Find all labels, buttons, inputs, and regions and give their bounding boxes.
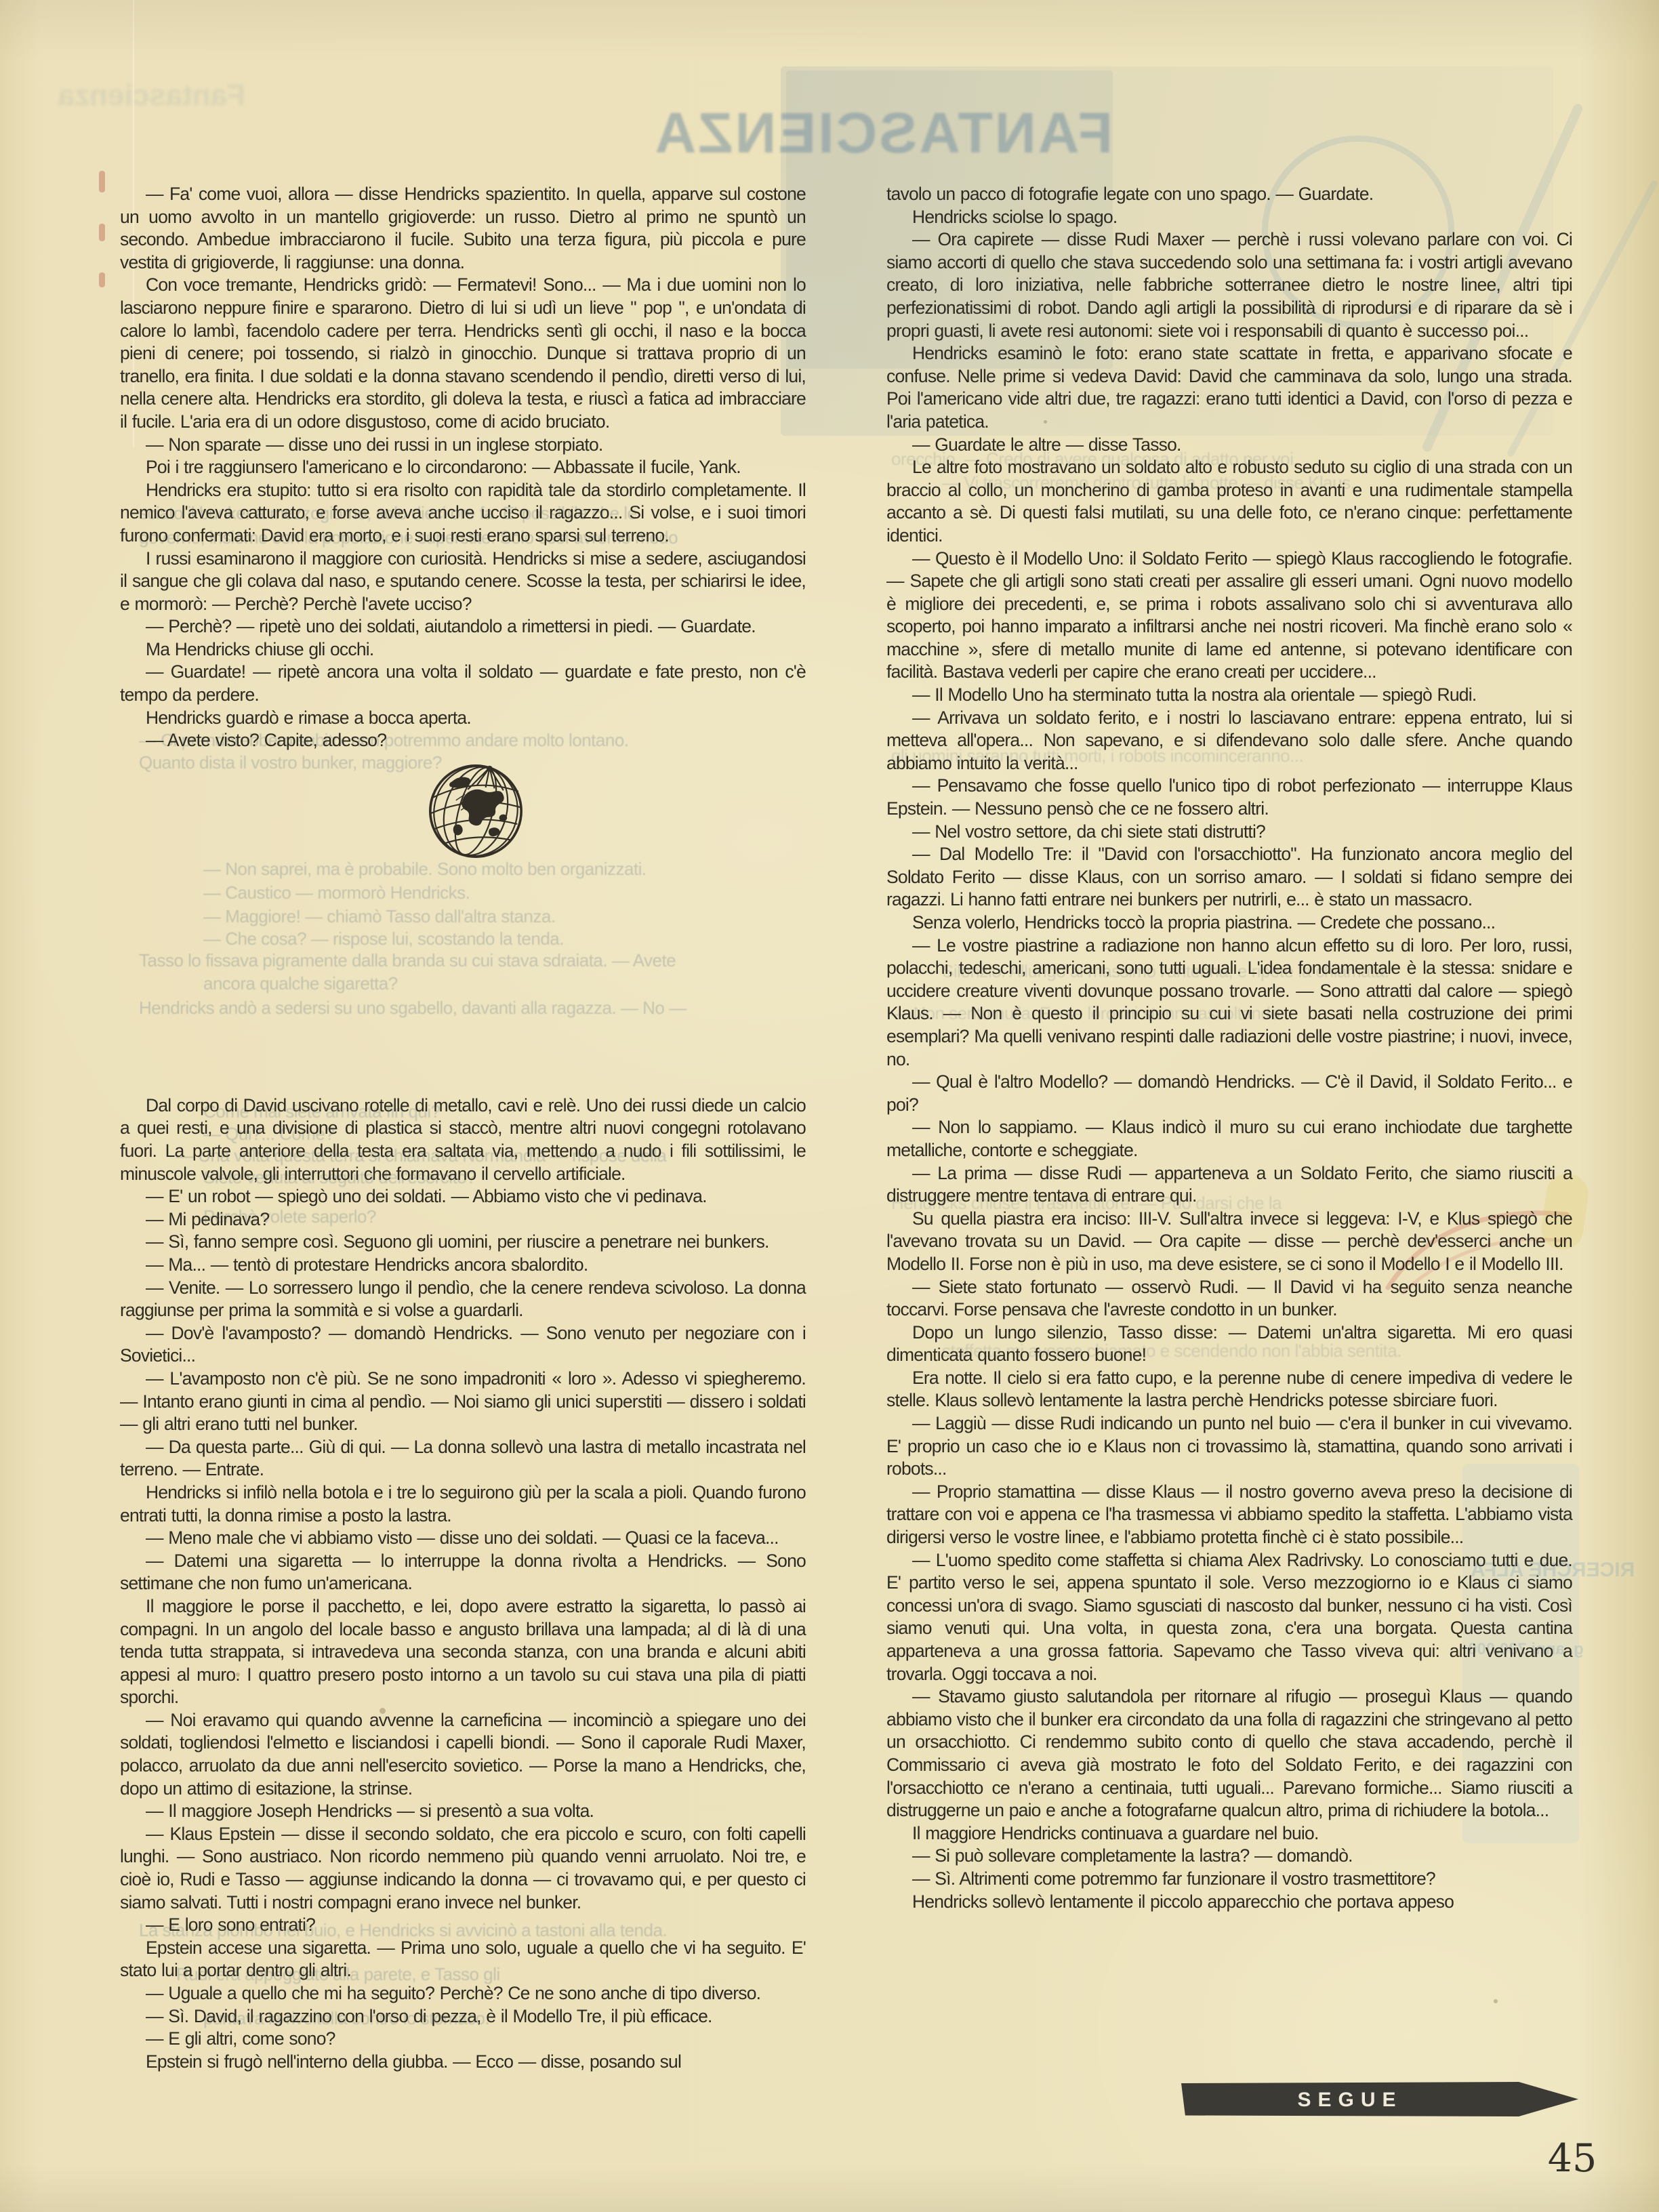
- story-paragraph: — Da questa parte... Giù di qui. — La do…: [120, 1436, 806, 1481]
- story-paragraph: Con voce tremante, Hendricks gridò: — Fe…: [120, 274, 806, 433]
- magazine-page-scan: FANTASCIENZA Fantascienza sciato il bunk…: [0, 0, 1659, 2212]
- story-paragraph: Epstein accese una sigaretta. — Prima un…: [120, 1937, 806, 1982]
- story-text-before-illustration: — Fa' come vuoi, allora — disse Hendrick…: [120, 183, 806, 752]
- globe-engraving-illustration: [426, 762, 525, 861]
- story-paragraph: — Sì. David, il ragazzino con l'orso di …: [120, 2005, 806, 2028]
- story-paragraph: — Datemi una sigaretta — lo interruppe l…: [120, 1550, 806, 1595]
- story-paragraph: Senza volerlo, Hendricks toccò la propri…: [886, 912, 1572, 935]
- segue-continuation-arrow: SEGUE: [1181, 2082, 1578, 2116]
- story-paragraph: — E' un robot — spiegò uno dei soldati. …: [120, 1185, 806, 1208]
- story-paragraph: — Guardate le altre — disse Tasso.: [886, 434, 1572, 457]
- story-paragraph: Hendricks sollevò lentamente il piccolo …: [886, 1891, 1572, 1914]
- story-paragraph: — Fa' come vuoi, allora — disse Hendrick…: [120, 183, 806, 274]
- story-paragraph: — L'uomo spedito come staffetta si chiam…: [886, 1549, 1572, 1686]
- story-paragraph: — Arrivava un soldato ferito, e i nostri…: [886, 707, 1572, 775]
- bleedthrough-red-dash: [99, 224, 105, 241]
- bleedthrough-red-dash: [99, 171, 105, 192]
- story-column-right: tavolo un pacco di fotografie legate con…: [886, 183, 1572, 1913]
- story-paragraph: — Nel vostro settore, da chi siete stati…: [886, 821, 1572, 844]
- story-paragraph: Su quella piastra era inciso: III-V. Sul…: [886, 1208, 1572, 1276]
- illustration-block: [120, 752, 806, 1094]
- story-paragraph: — Siete stato fortunato — osservò Rudi. …: [886, 1276, 1572, 1322]
- story-paragraph: — Avete visto? Capite, adesso?: [120, 729, 806, 752]
- story-paragraph: Era notte. Il cielo si era fatto cupo, e…: [886, 1367, 1572, 1412]
- story-paragraph: Le altre foto mostravano un soldato alto…: [886, 456, 1572, 547]
- story-paragraph: tavolo un pacco di fotografie legate con…: [886, 183, 1572, 206]
- paper-speck: [1494, 1999, 1498, 2003]
- story-paragraph: — Mi pedinava?: [120, 1208, 806, 1231]
- story-paragraph: — L'avamposto non c'è più. Se ne sono im…: [120, 1368, 806, 1436]
- page-number: 45: [1545, 2136, 1599, 2181]
- story-paragraph: — Non sparate — disse uno dei russi in u…: [120, 434, 806, 457]
- story-paragraph: Hendricks esaminò le foto: erano state s…: [886, 342, 1572, 433]
- story-paragraph: — E gli altri, come sono?: [120, 2028, 806, 2051]
- story-paragraph: — Proprio stamattina — disse Klaus — il …: [886, 1481, 1572, 1549]
- story-paragraph: Hendricks era stupito: tutto si era riso…: [120, 479, 806, 548]
- story-paragraph: — Laggiù — disse Rudi indicando un punto…: [886, 1412, 1572, 1481]
- story-paragraph: — Venite. — Lo sorressero lungo il pendì…: [120, 1277, 806, 1322]
- story-paragraph: — Pensavamo che fosse quello l'unico tip…: [886, 775, 1572, 820]
- story-paragraph: — Dal Modello Tre: il "David con l'orsac…: [886, 843, 1572, 912]
- story-paragraph: — Perchè? — ripetè uno dei soldati, aiut…: [120, 615, 806, 638]
- story-paragraph: — Uguale a quello che mi ha seguito? Per…: [120, 1982, 806, 2005]
- story-column-left: — Fa' come vuoi, allora — disse Hendrick…: [120, 183, 806, 2073]
- story-paragraph: I russi esaminarono il maggiore con curi…: [120, 548, 806, 616]
- story-paragraph: — Questo è il Modello Uno: il Soldato Fe…: [886, 548, 1572, 684]
- story-paragraph: — Sì. Altrimenti come potremmo far funzi…: [886, 1868, 1572, 1891]
- corner-ghost-title: Fantascienza: [28, 79, 245, 112]
- story-paragraph: Ma Hendricks chiuse gli occhi.: [120, 638, 806, 661]
- bleedthrough-red-dash: [99, 272, 105, 287]
- story-paragraph: Poi i tre raggiunsero l'americano e lo c…: [120, 456, 806, 479]
- story-paragraph: — Si può sollevare completamente la last…: [886, 1845, 1572, 1868]
- story-paragraph: Dal corpo di David uscivano rotelle di m…: [120, 1094, 806, 1185]
- story-paragraph: — Meno male che vi abbiamo visto — disse…: [120, 1527, 806, 1550]
- story-paragraph: — Klaus Epstein — disse il secondo solda…: [120, 1823, 806, 1914]
- story-paragraph: — Qual è l'altro Modello? — domandò Hend…: [886, 1071, 1572, 1116]
- story-paragraph: Il maggiore Hendricks continuava a guard…: [886, 1822, 1572, 1845]
- story-text-after-illustration: Dal corpo di David uscivano rotelle di m…: [120, 1094, 806, 2074]
- magazine-title-ghost: FANTASCIENZA: [794, 100, 1113, 166]
- story-paragraph: Hendricks guardò e rimase a bocca aperta…: [120, 707, 806, 730]
- story-paragraph: — E loro sono entrati?: [120, 1914, 806, 1937]
- story-paragraph: — Ma... — tentò di protestare Hendricks …: [120, 1254, 806, 1277]
- segue-label: SEGUE: [1181, 2082, 1578, 2118]
- story-paragraph: Epstein si frugò nell'interno della giub…: [120, 2051, 806, 2074]
- story-paragraph: — Il maggiore Joseph Hendricks — si pres…: [120, 1800, 806, 1823]
- story-paragraph: Hendricks sciolse lo spago.: [886, 206, 1572, 229]
- story-paragraph: Il maggiore le porse il pacchetto, e lei…: [120, 1595, 806, 1709]
- story-paragraph: — Le vostre piastrine a radiazione non h…: [886, 935, 1572, 1071]
- story-paragraph: — Dov'è l'avamposto? — domandò Hendricks…: [120, 1322, 806, 1368]
- story-paragraph: — Sì, fanno sempre così. Seguono gli uom…: [120, 1231, 806, 1254]
- story-paragraph: — Il Modello Uno ha sterminato tutta la …: [886, 684, 1572, 707]
- story-paragraph: — Ora capirete — disse Rudi Maxer — perc…: [886, 228, 1572, 342]
- story-paragraph: Hendricks si infilò nella botola e i tre…: [120, 1481, 806, 1527]
- story-paragraph: — La prima — disse Rudi — apparteneva a …: [886, 1162, 1572, 1208]
- story-paragraph: Dopo un lungo silenzio, Tasso disse: — D…: [886, 1322, 1572, 1367]
- story-paragraph: — Guardate! — ripetè ancora una volta il…: [120, 661, 806, 706]
- story-paragraph: — Non lo sappiamo. — Klaus indicò il mur…: [886, 1116, 1572, 1162]
- story-paragraph: — Stavamo giusto salutandola per ritorna…: [886, 1685, 1572, 1822]
- story-paragraph: — Noi eravamo qui quando avvenne la carn…: [120, 1709, 806, 1800]
